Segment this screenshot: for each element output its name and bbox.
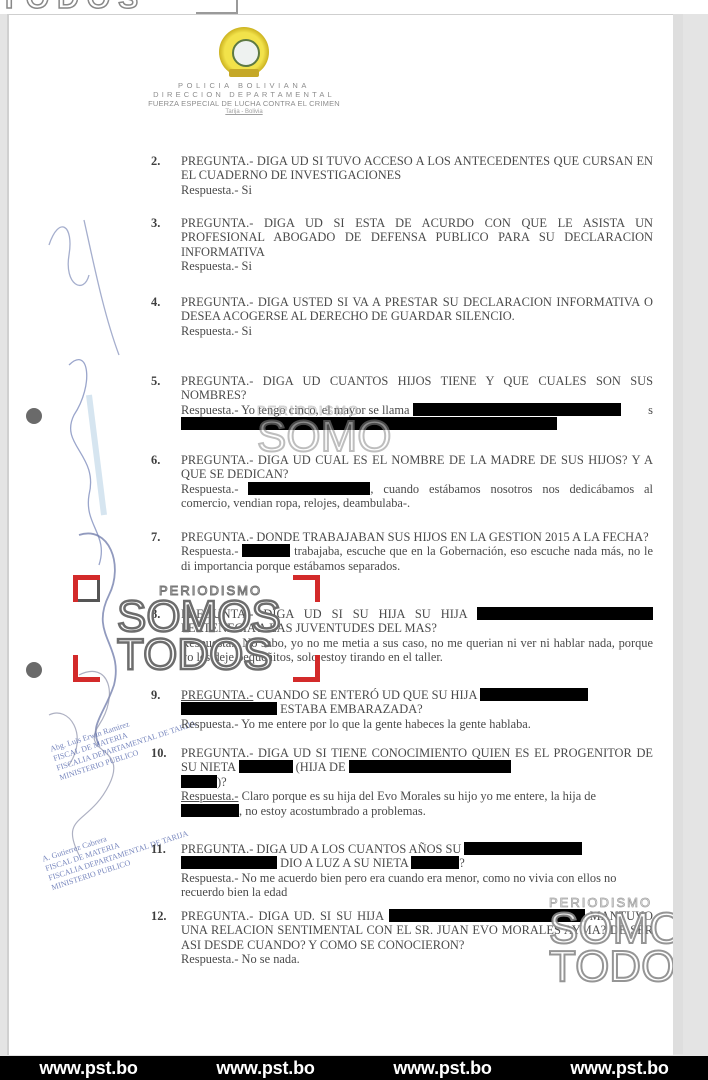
question-11-text: PREGUNTA.- DIGA UD A LOS CUANTOS AÑOS SU… [181,842,653,871]
footer-link[interactable]: www.pst.bo [216,1058,314,1079]
footer-link[interactable]: www.pst.bo [393,1058,491,1079]
answer-10: Respuesta.- Claro porque es su hija del … [181,789,653,818]
question-2: 2. PREGUNTA.- DIGA UD SI TUVO ACCESO A L… [151,154,653,197]
letterhead-line-4: Tarija - Bolivia [109,108,379,117]
question-3: 3. PREGUNTA.- DIGA UD SI ESTA DE ACURDO … [151,216,653,274]
question-4: 4. PREGUNTA.- DIGA USTED SI VA A PRESTAR… [151,295,653,338]
footer-link[interactable]: www.pst.bo [570,1058,668,1079]
letterhead: POLICIA BOLIVIANA DIRECCION DEPARTAMENTA… [109,27,379,117]
letterhead-line-1: POLICIA BOLIVIANA [109,81,379,90]
redaction [242,544,290,557]
question-7: 7. PREGUNTA.- DONDE TRABAJABAN SUS HIJOS… [151,530,653,573]
answer-6: Respuesta.- , cuando estábamos nosotros … [181,482,653,511]
question-12: 12. PREGUNTA.- DIGA UD. SI SU HIJA MANTU… [151,909,653,967]
punch-hole [26,408,42,424]
question-9: 9. PREGUNTA.- CUANDO SE ENTERÓ UD QUE SU… [151,688,653,731]
redaction [411,856,459,869]
punch-hole [26,662,42,678]
answer-5: Respuesta.- Yo tengo cinco, el mayor se … [181,403,653,432]
letterhead-line-3: FUERZA ESPECIAL DE LUCHA CONTRA EL CRIME… [109,99,379,108]
footer-banner: www.pst.bo www.pst.bo www.pst.bo www.pst… [0,1056,708,1080]
redaction [248,482,370,495]
redaction [464,842,582,855]
question-10-text: PREGUNTA.- DIGA UD SI TIENE CONOCIMIENTO… [181,746,653,789]
redaction [181,417,557,430]
watermark-bracket [196,0,238,14]
redaction [389,909,585,922]
question-10: 10. PREGUNTA.- DIGA UD SI TIENE CONOCIMI… [151,746,653,818]
redaction [181,702,277,715]
redaction [477,607,653,620]
redaction [181,775,217,788]
question-11: 11. PREGUNTA.- DIGA UD A LOS CUANTOS AÑO… [151,842,653,900]
question-5: 5. PREGUNTA.- DIGA UD CUANTOS HIJOS TIEN… [151,374,653,432]
question-8-text: PREGUNTA.- DIGA UD SI SU HIJA SU HIJA PE… [181,607,653,636]
answer-7: Respuesta.- trabajaba, escuche que en la… [181,544,653,573]
footer-link[interactable]: www.pst.bo [39,1058,137,1079]
redaction [413,403,621,416]
question-8: 8. PREGUNTA.- DIGA UD SI SU HIJA SU HIJA… [151,607,653,665]
document-page: POLICIA BOLIVIANA DIRECCION DEPARTAMENTA… [7,14,673,1055]
question-12-text: PREGUNTA.- DIGA UD. SI SU HIJA MANTUVO U… [181,909,653,952]
question-9-text: PREGUNTA.- CUANDO SE ENTERÓ UD QUE SU HI… [181,688,653,717]
redaction [480,688,588,701]
question-6: 6. PREGUNTA.- DIGA UD CUAL ES EL NOMBRE … [151,453,653,511]
top-strip: TODOS [0,0,708,14]
page-edge [673,14,683,1054]
letterhead-line-2: DIRECCION DEPARTAMENTAL [109,90,379,99]
redaction [181,804,239,817]
police-emblem-icon [215,27,273,77]
redaction [181,856,277,869]
redaction [239,760,293,773]
redaction [349,760,511,773]
